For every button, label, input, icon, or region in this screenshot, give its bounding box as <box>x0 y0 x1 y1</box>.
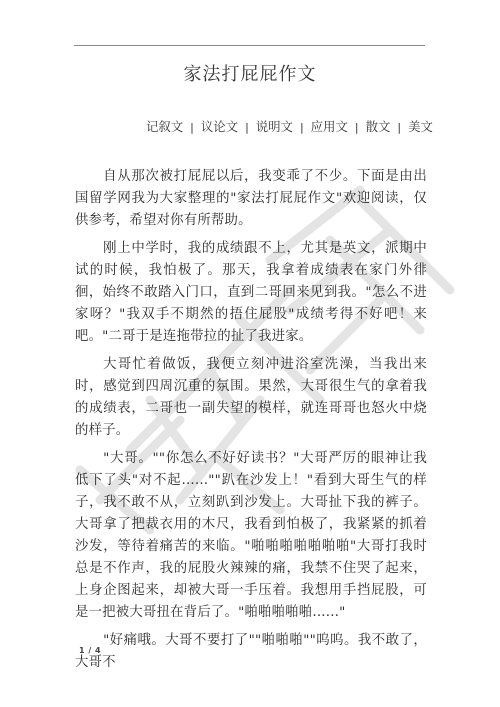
paragraph-dinner: 大哥忙着做饭，我便立刻冲进浴室洗澡，当我出来时，感觉到四周沉重的氛围。果然，大哥… <box>75 354 427 442</box>
category-link-expository[interactable]: 说明文 <box>256 119 293 134</box>
category-separator: | <box>245 119 249 137</box>
paragraph-intro: 自从那次被打屁屁以后，我变乖了不少。下面是由出国留学网我为大家整理的"家法打屁屁… <box>75 166 427 232</box>
category-separator: | <box>355 119 359 137</box>
document-title: 家法打屁屁作文 <box>0 62 500 88</box>
document-body: 自从那次被打屁屁以后，我变乖了不少。下面是由出国留学网我为大家整理的"家法打屁屁… <box>75 166 427 680</box>
category-link-argumentative[interactable]: 议论文 <box>201 119 238 134</box>
paragraph-exam: 刚上中学时，我的成绩跟不上，尤其是英文，派期中试的时候，我怕极了。那天，我拿着成… <box>75 238 427 348</box>
page-number: 1 / 4 <box>79 646 101 655</box>
category-separator: | <box>190 119 194 137</box>
category-link-fine-writing[interactable]: 美文 <box>408 119 433 134</box>
category-separator: | <box>397 119 401 137</box>
category-separator: | <box>300 119 304 137</box>
paragraph-punishment: "大哥。""你怎么不好好读书？"大哥严厉的眼神让我低下了头"对不起......"… <box>75 448 427 624</box>
paragraph-continued: "好痛哦。大哥不要打了""啪啪啪""呜呜。我不敢了，大哥不 <box>75 630 427 674</box>
category-links: 记叙文|议论文|说明文|应用文|散文|美文 <box>146 118 436 137</box>
category-link-prose[interactable]: 散文 <box>366 119 391 134</box>
header-rule <box>74 45 425 46</box>
document-page: 家法打屁屁作文 记叙文|议论文|说明文|应用文|散文|美文 <box>0 0 500 707</box>
category-link-narrative[interactable]: 记叙文 <box>146 119 183 134</box>
category-link-practical[interactable]: 应用文 <box>311 119 348 134</box>
